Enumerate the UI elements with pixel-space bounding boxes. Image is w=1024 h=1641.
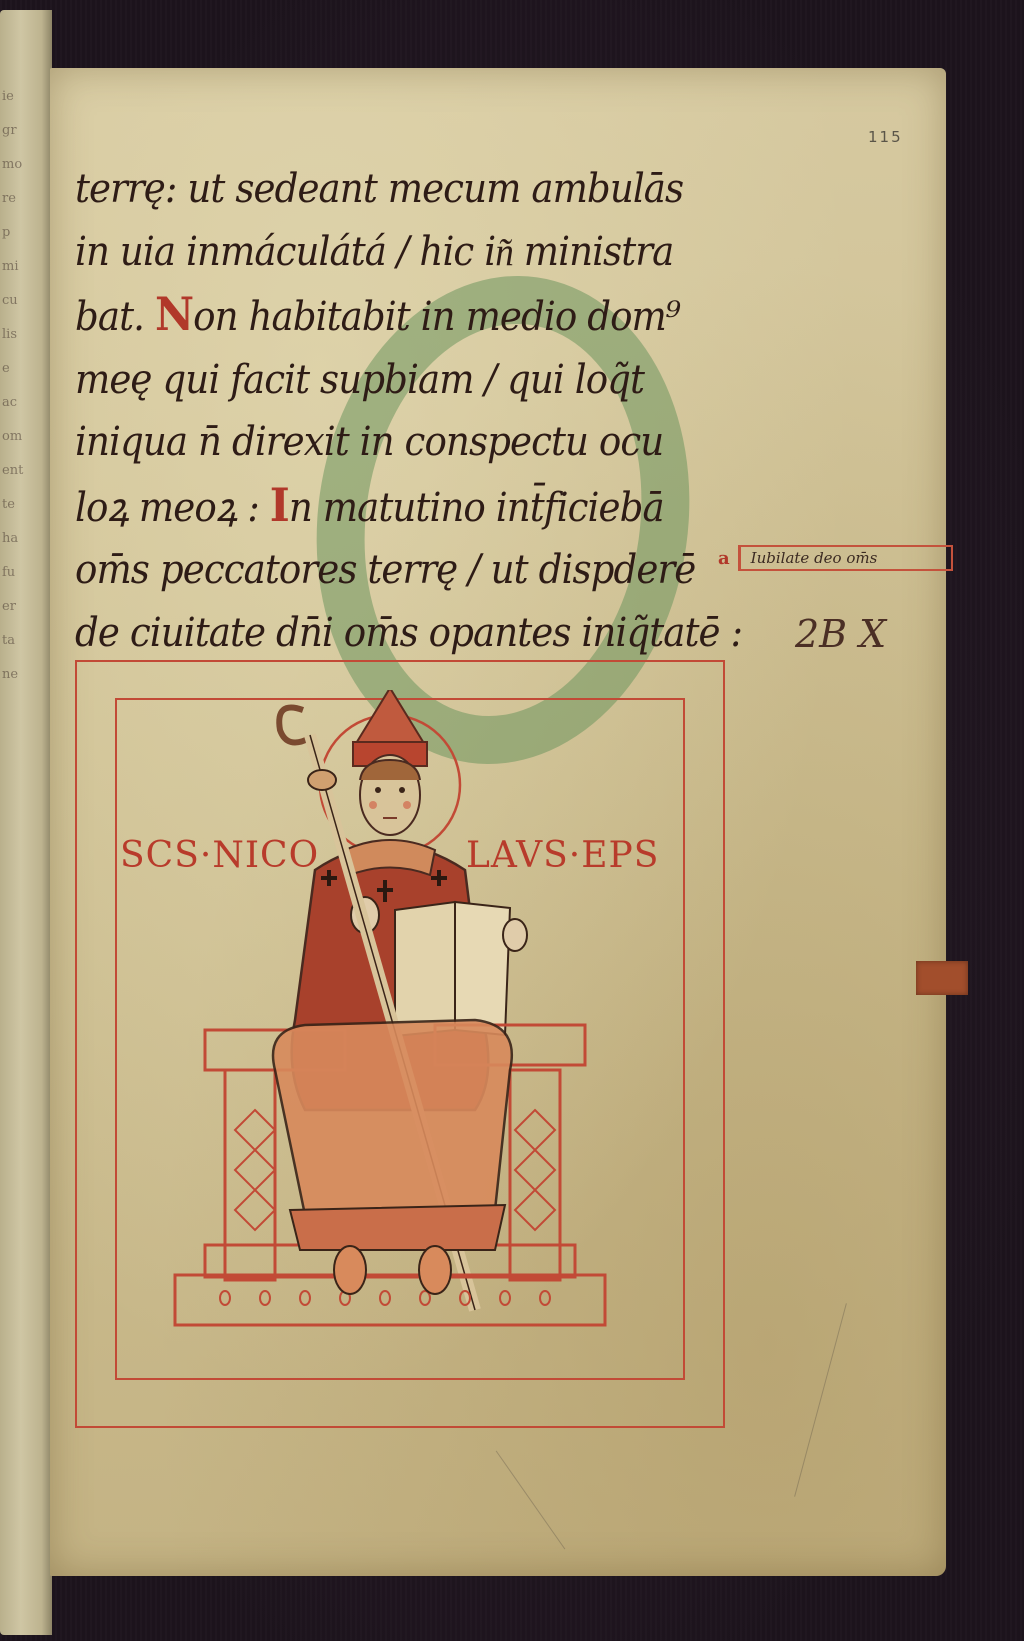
text-line: loꝝ meoꝝ : In matutino int̄ficiebā xyxy=(75,474,689,540)
text-line: terrę: ut sedeant mecum ambulās xyxy=(75,158,689,221)
miniature-caption-right: LAVS·EPS xyxy=(466,835,659,876)
rubricated-initial: N xyxy=(155,287,193,341)
psalm-number: 2B X xyxy=(795,612,886,656)
saint-nicholas-miniature xyxy=(115,690,685,1380)
cue-letter: a xyxy=(718,548,730,569)
text-line: iniqua n̄ direxit in conspectu ocu xyxy=(75,411,689,474)
miniature-caption-left: SCS·NICO xyxy=(120,835,319,876)
left-page-text: ie gr mo re p mi cu lis e ac om ent te h… xyxy=(2,80,48,692)
incipit-box: Iubilate deo om̄s xyxy=(738,545,953,571)
text-line: de ciuitate dn̄i om̄s opantes iniq̃tatē … xyxy=(75,602,689,665)
folio-number: 115 xyxy=(868,128,903,146)
rubricated-initial: I xyxy=(270,478,289,532)
text-line: meę qui facit supbiam / qui loq̃t xyxy=(75,349,689,412)
text-line: bat. Non habitabit in medio dom⁹ xyxy=(75,283,689,349)
bookmark-tab xyxy=(916,961,968,995)
left-facing-page: ie gr mo re p mi cu lis e ac om ent te h… xyxy=(0,10,52,1635)
text-line: om̄s peccatores terrę / ut dispderē xyxy=(75,539,689,602)
psalm-text-block: terrę: ut sedeant mecum ambulās in uia i… xyxy=(75,158,735,664)
text-line: in uia inmáculátá / hic in͂ ministra xyxy=(75,221,689,284)
margin-incipit-note: a Iubilate deo om̄s xyxy=(718,545,953,571)
